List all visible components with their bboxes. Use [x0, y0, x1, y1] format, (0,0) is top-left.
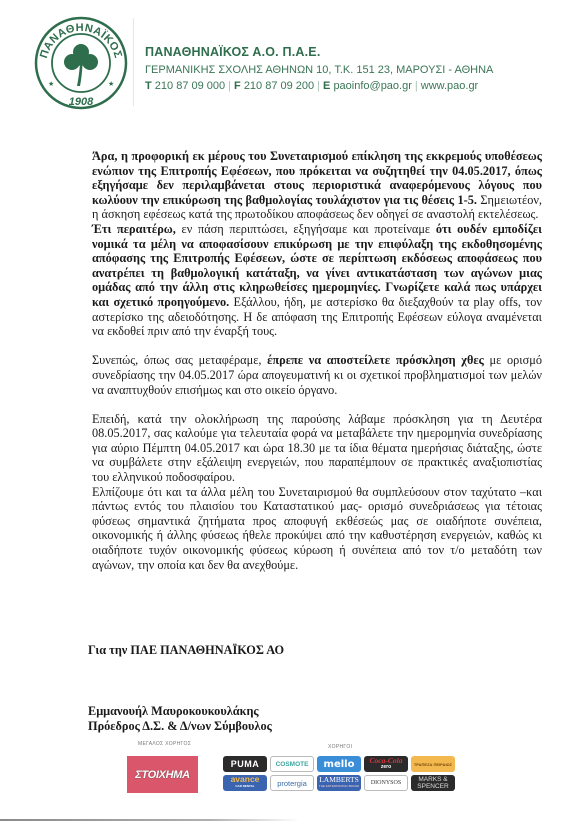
sponsor-mello: mello [317, 756, 361, 772]
sponsor-protergia: protergia [270, 775, 314, 791]
website-link[interactable]: www.pao.gr [421, 80, 478, 92]
sponsor-puma: PUMA [223, 756, 267, 772]
org-name: ΠΑΝΑΘΗΝΑΪΚΟΣ Α.Ο. Π.Α.Ε. [145, 45, 493, 60]
sponsor-avance: avanceCAR RENTAL [223, 775, 267, 791]
footer-rule [0, 819, 300, 821]
signature-block: Εμμανουήλ Μαυροκουκουλάκης Πρόεδρος Δ.Σ.… [88, 704, 272, 734]
sponsor-cosmote: COSMOTE [270, 756, 314, 772]
phone-number: 210 87 09 000 [155, 80, 225, 92]
paragraph-5: Ελπίζουμε ότι και τα άλλα μέλη του Συνετ… [92, 485, 542, 573]
svg-text:★: ★ [48, 80, 54, 88]
header-divider [133, 18, 134, 106]
paragraph-3: Συνεπώς, όπως σας μεταφέραμε, έπρεπε να … [92, 353, 542, 397]
fax-number: 210 87 09 200 [244, 80, 314, 92]
email-link[interactable]: paoinfo@pao.gr [333, 80, 411, 92]
paragraph-4: Επειδή, κατά την ολοκλήρωση της παρούσης… [92, 412, 542, 485]
sponsor-dionysos: DIONYSOS [364, 775, 408, 791]
sponsor-logos: PUMA COSMOTE mello Coca-Colazero ΤΡΑΠΕΖΑ… [223, 756, 455, 791]
phone-label: T [145, 80, 152, 92]
crest-year: 1908 [69, 96, 94, 108]
sponsor-coca-cola: Coca-Colazero [364, 756, 408, 772]
shamrock-icon [64, 44, 98, 86]
sponsor-piraeus-bank: ΤΡΑΠΕΖΑ ΠΕΙΡΑΙΩΣ [411, 756, 455, 772]
signatory-title: Πρόεδρος Δ.Σ. & Δ/νων Σύμβουλος [88, 719, 272, 734]
club-crest-logo: ΠΑΝΑΘΗΝΑΪΚΟΣ 1908 ★ ★ [34, 16, 128, 110]
sponsor-marks-spencer: MARKS &SPENCER [411, 775, 455, 791]
closing-line: Για την ΠΑΕ ΠΑΝΑΘΗΝΑΪΚΟΣ ΑΟ [88, 643, 284, 658]
svg-text:★: ★ [108, 80, 114, 88]
org-address: ΓΕΡΜΑΝΙΚΗΣ ΣΧΟΛΗΣ ΑΘΗΝΩΝ 10, Τ.Κ. 151 23… [145, 62, 493, 78]
signatory-name: Εμμανουήλ Μαυροκουκουλάκης [88, 704, 272, 719]
main-sponsor-label: ΜΕΓΑΛΟΣ ΧΟΡΗΓΟΣ [138, 741, 191, 747]
letterhead: ΠΑΝΑΘΗΝΑΪΚΟΣ 1908 ★ ★ ΠΑΝΑΘΗΝΑΪΚΟΣ Α.Ο. … [0, 0, 580, 120]
org-contact: T 210 87 09 000|F 210 87 09 200|E paoinf… [145, 78, 493, 94]
sponsors-label: ΧΟΡΗΓΟΙ [328, 744, 352, 750]
main-sponsor-logo: ΣΤΟΙΧΗΜΑ [127, 756, 198, 793]
email-label: E [323, 80, 330, 92]
paragraph-1: Άρα, η προφορική εκ μέρους του Συνεταιρι… [92, 149, 542, 222]
fax-label: F [234, 80, 241, 92]
letter-body: Άρα, η προφορική εκ μέρους του Συνεταιρι… [92, 149, 542, 572]
organization-info: ΠΑΝΑΘΗΝΑΪΚΟΣ Α.Ο. Π.Α.Ε. ΓΕΡΜΑΝΙΚΗΣ ΣΧΟΛ… [145, 45, 493, 94]
sponsor-lamberts: LAMBERTSTHE ENTERTAINING BRAND [317, 775, 361, 791]
paragraph-2: Έτι περαιτέρω, εν πάση περιπτώσει, εξηγή… [92, 222, 542, 339]
